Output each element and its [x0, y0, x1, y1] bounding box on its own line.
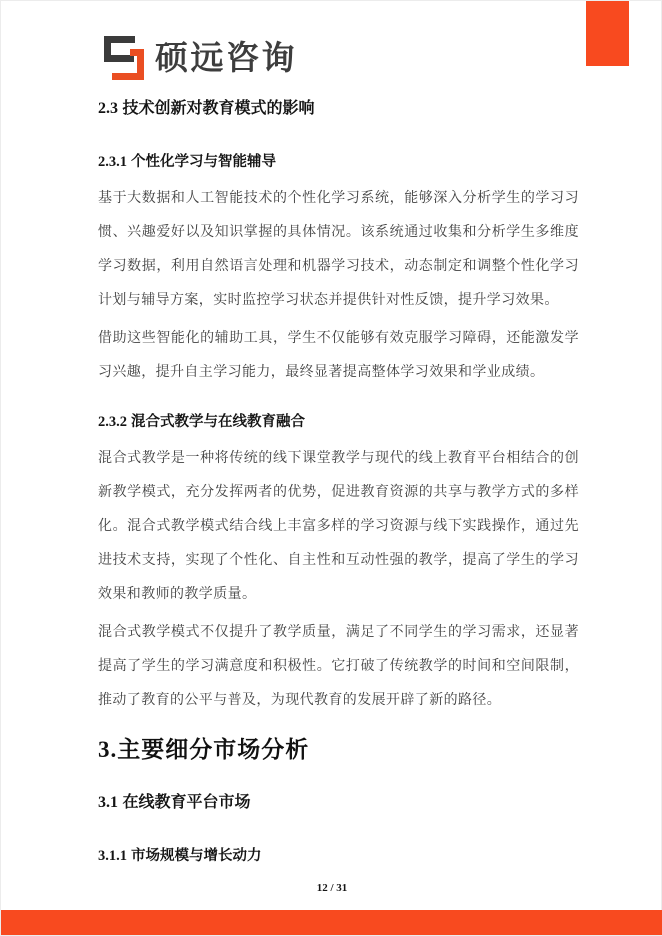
heading-number: 3.	[98, 737, 117, 762]
header-accent-block	[586, 1, 629, 66]
heading: 2.3.2 混合式教学与在线教育融合	[98, 412, 579, 432]
heading-number: 2.3.2	[98, 414, 127, 430]
heading-text: 个性化学习与智能辅导	[131, 154, 276, 170]
heading-text: 市场规模与增长动力	[131, 848, 262, 864]
document-content: 硕远咨询 2.3 技术创新对教育模式的影响2.3.1 个性化学习与智能辅导基于大…	[1, 36, 661, 866]
heading-number: 3.1	[98, 794, 118, 811]
paragraph: 混合式教学是一种将传统的线下课堂教学与现代的线上教育平台相结合的创新教学模式，充…	[98, 440, 579, 610]
logo: 硕远咨询	[104, 36, 579, 80]
company-logo-text: 硕远咨询	[155, 36, 297, 80]
heading: 3.1.1 市场规模与增长动力	[98, 846, 579, 866]
heading-text: 混合式教学与在线教育融合	[131, 414, 305, 430]
heading: 3.主要细分市场分析	[98, 734, 579, 765]
logo-icon-orange-path	[112, 49, 144, 80]
paragraph: 混合式教学模式不仅提升了教学质量，满足了不同学生的学习需求，还显著提高了学生的学…	[98, 614, 579, 716]
heading: 2.3.1 个性化学习与智能辅导	[98, 152, 579, 172]
heading-text: 在线教育平台市场	[122, 794, 250, 811]
page-number: 12 / 31	[1, 882, 662, 894]
heading-text: 技术创新对教育模式的影响	[122, 100, 314, 117]
paragraph: 借助这些智能化的辅助工具，学生不仅能够有效克服学习障碍，还能激发学习兴趣，提升自…	[98, 320, 579, 388]
page: 硕远咨询 2.3 技术创新对教育模式的影响2.3.1 个性化学习与智能辅导基于大…	[0, 0, 662, 936]
heading: 3.1 在线教育平台市场	[98, 792, 579, 814]
heading: 2.3 技术创新对教育模式的影响	[98, 98, 579, 120]
heading-text: 主要细分市场分析	[117, 736, 309, 762]
company-logo-icon	[104, 36, 144, 80]
footer-accent-bar	[1, 910, 662, 935]
document-body: 2.3 技术创新对教育模式的影响2.3.1 个性化学习与智能辅导基于大数据和人工…	[98, 98, 579, 866]
paragraph: 基于大数据和人工智能技术的个性化学习系统，能够深入分析学生的学习习惯、兴趣爱好以…	[98, 180, 579, 316]
heading-number: 2.3	[98, 100, 118, 117]
heading-number: 2.3.1	[98, 154, 127, 170]
heading-number: 3.1.1	[98, 848, 127, 864]
